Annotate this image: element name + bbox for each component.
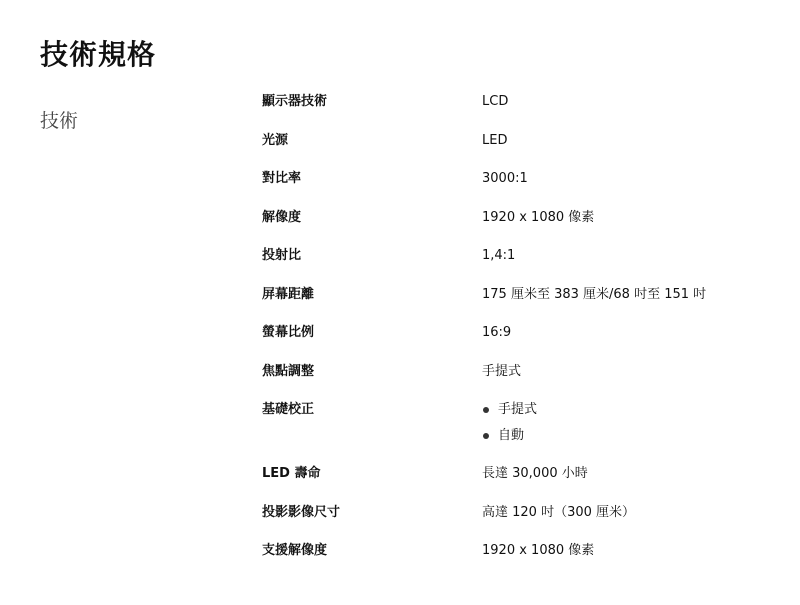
spec-label: 投射比 [262,247,482,265]
spec-value: 1920 x 1080 像素 [482,209,782,227]
spec-value: 長達 30,000 小時 [482,465,782,483]
spec-value: 1,4:1 [482,247,782,265]
bullet-item: 手提式 [482,401,782,419]
spec-value: 175 厘米至 383 厘米/68 吋至 151 吋 [482,286,782,304]
spec-row-resolution: 解像度 1920 x 1080 像素 [262,209,782,248]
spec-label: 螢幕比例 [262,324,482,342]
spec-value: 16:9 [482,324,782,342]
spec-label: 顯示器技術 [262,93,482,111]
section-title-technology: 技術 [40,106,78,133]
spec-label: 屏幕距離 [262,286,482,304]
spec-row-focus-adjustment: 焦點調整 手提式 [262,363,782,402]
spec-value: 1920 x 1080 像素 [482,542,782,560]
spec-label: 基礎校正 [262,401,482,419]
spec-row-throw-ratio: 投射比 1,4:1 [262,247,782,286]
spec-table: 顯示器技術 LCD 光源 LED 對比率 3000:1 解像度 1920 x 1… [262,93,782,581]
spec-value-list: 手提式 自動 [482,401,782,453]
spec-label: 光源 [262,132,482,150]
spec-row-led-lifetime: LED 壽命 長達 30,000 小時 [262,465,782,504]
spec-row-keystone-correction: 基礎校正 手提式 自動 [262,401,782,465]
spec-value: 高達 120 吋（300 厘米） [482,504,782,522]
spec-label: LED 壽命 [262,465,482,483]
spec-row-screen-distance: 屏幕距離 175 厘米至 383 厘米/68 吋至 151 吋 [262,286,782,325]
spec-row-display-technology: 顯示器技術 LCD [262,93,782,132]
page-title: 技術規格 [40,33,156,73]
spec-value: 手提式 [482,363,782,381]
spec-value: LCD [482,93,782,111]
bullet-list: 手提式 自動 [482,401,782,445]
spec-value: LED [482,132,782,150]
spec-row-contrast-ratio: 對比率 3000:1 [262,170,782,209]
spec-label: 投影影像尺寸 [262,504,482,522]
spec-label: 解像度 [262,209,482,227]
spec-label: 對比率 [262,170,482,188]
spec-label: 焦點調整 [262,363,482,381]
bullet-item: 自動 [482,427,782,445]
spec-row-aspect-ratio: 螢幕比例 16:9 [262,324,782,363]
spec-row-light-source: 光源 LED [262,132,782,171]
spec-label: 支援解像度 [262,542,482,560]
spec-row-supported-resolution: 支援解像度 1920 x 1080 像素 [262,542,782,581]
spec-row-projected-image-size: 投影影像尺寸 高達 120 吋（300 厘米） [262,504,782,543]
spec-value: 3000:1 [482,170,782,188]
